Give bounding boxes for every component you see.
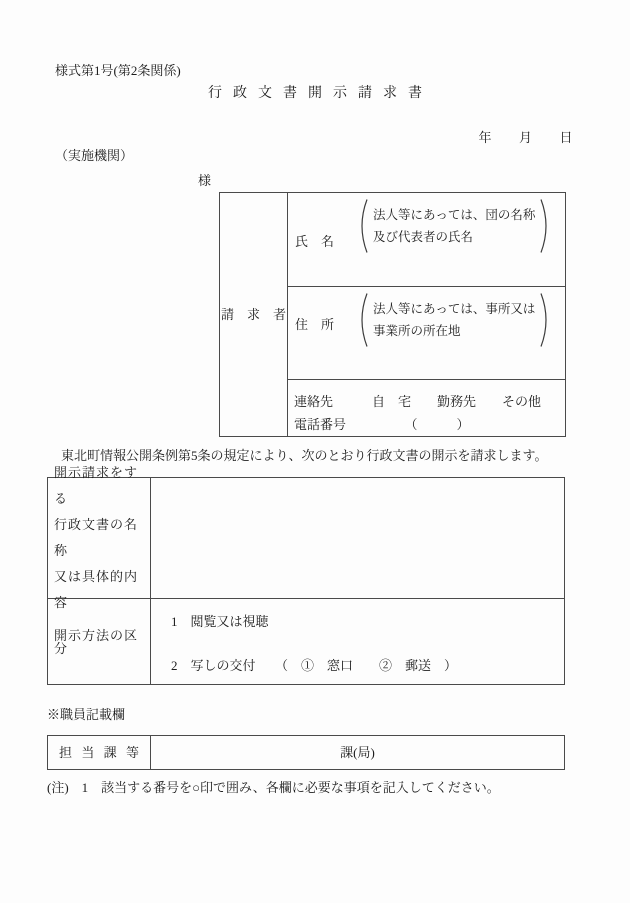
disclosure-method-row: 開示方法の区分 1 閲覧又は視聴 2 写しの交付 （ ① 窓口 ② 郵送 ）	[48, 599, 564, 684]
department-value: 課(局)	[340, 746, 375, 759]
implementing-agency-label: （実施機関）	[55, 149, 133, 162]
disclosure-method-label-cell: 開示方法の区分	[48, 599, 151, 684]
name-label: 氏 名	[295, 235, 334, 248]
bracket-right-icon	[540, 198, 552, 254]
bracket-left-icon	[356, 292, 368, 348]
disclosure-method-options: 1 閲覧又は視聴 2 写しの交付 （ ① 窓口 ② 郵送 ）	[151, 599, 564, 684]
name-corporate-note: 法人等にあっては、団の名称 及び代表者の氏名	[356, 198, 552, 254]
department-label-char2: 当	[81, 746, 94, 759]
department-label-char4: 等	[126, 746, 139, 759]
requester-row-label: 請 求 者	[221, 308, 286, 321]
department-label-cell: 担 当 課 等	[48, 736, 151, 769]
name-cell: 氏 名 法人等にあっては、団の名称 及び代表者の氏名	[288, 193, 565, 287]
document-name-entry-area	[151, 478, 564, 598]
name-note-text: 法人等にあっては、団の名称 及び代表者の氏名	[368, 204, 540, 248]
requester-table: 請 求 者 氏 名 法人等にあっては、団の名称 及び代表者の氏名	[219, 192, 566, 437]
name-note-line1: 法人等にあっては、団の名称	[373, 204, 535, 226]
address-note-text: 法人等にあっては、事所又は 事業所の所在地	[368, 298, 540, 342]
addressee-suffix: 様	[198, 174, 211, 187]
bracket-right-icon	[540, 292, 552, 348]
address-cell: 住 所 法人等にあっては、事所又は 事業所の所在地	[288, 287, 565, 380]
department-value-cell: 課(局)	[151, 736, 564, 769]
staff-entry-table: 担 当 課 等 課(局)	[47, 735, 565, 770]
document-name-row: 開示請求をする 行政文書の名称 又は具体的内容	[48, 478, 564, 599]
contact-cell: 連絡先 自 宅 勤務先 その他 電話番号 （ ）	[288, 380, 565, 436]
address-note-line1: 法人等にあっては、事所又は	[373, 298, 535, 320]
footnote: (注) 1 該当する番号を○印で囲み、各欄に必要な事項を記入してください。	[47, 781, 500, 794]
address-label: 住 所	[295, 318, 334, 331]
document-name-label-line1: 開示請求をする	[54, 460, 150, 512]
date-line: 年 月 日	[478, 131, 573, 144]
name-note-line2: 及び代表者の氏名	[373, 226, 535, 248]
document-title: 行政文書開示請求書	[0, 87, 630, 101]
contact-type-line: 連絡先 自 宅 勤務先 その他	[294, 390, 565, 413]
department-label-char1: 担	[59, 746, 72, 759]
address-note-line2: 事業所の所在地	[373, 320, 535, 342]
form-number: 様式第1号(第2条関係)	[55, 64, 181, 77]
address-corporate-note: 法人等にあっては、事所又は 事業所の所在地	[356, 292, 552, 348]
requester-row-label-cell: 請 求 者	[220, 193, 288, 436]
staff-section-heading: ※職員記載欄	[47, 708, 125, 721]
phone-number-line: 電話番号 （ ）	[294, 413, 565, 436]
requester-table-right-column: 氏 名 法人等にあっては、団の名称 及び代表者の氏名 住 所	[288, 193, 565, 436]
bracket-left-icon	[356, 198, 368, 254]
request-detail-table: 開示請求をする 行政文書の名称 又は具体的内容 開示方法の区分 1 閲覧又は視聴…	[47, 477, 565, 685]
disclosure-method-label: 開示方法の区分	[54, 629, 150, 655]
department-label-char3: 課	[104, 746, 117, 759]
disclosure-request-form-page: 様式第1号(第2条関係) 行政文書開示請求書 年 月 日 （実施機関） 様 請 …	[0, 0, 630, 903]
method-option-copy: 2 写しの交付 （ ① 窓口 ② 郵送 ）	[171, 658, 564, 673]
document-name-label-cell: 開示請求をする 行政文書の名称 又は具体的内容	[48, 478, 151, 598]
method-option-viewing: 1 閲覧又は視聴	[171, 614, 564, 629]
document-name-label-line2: 行政文書の名称	[54, 512, 150, 564]
